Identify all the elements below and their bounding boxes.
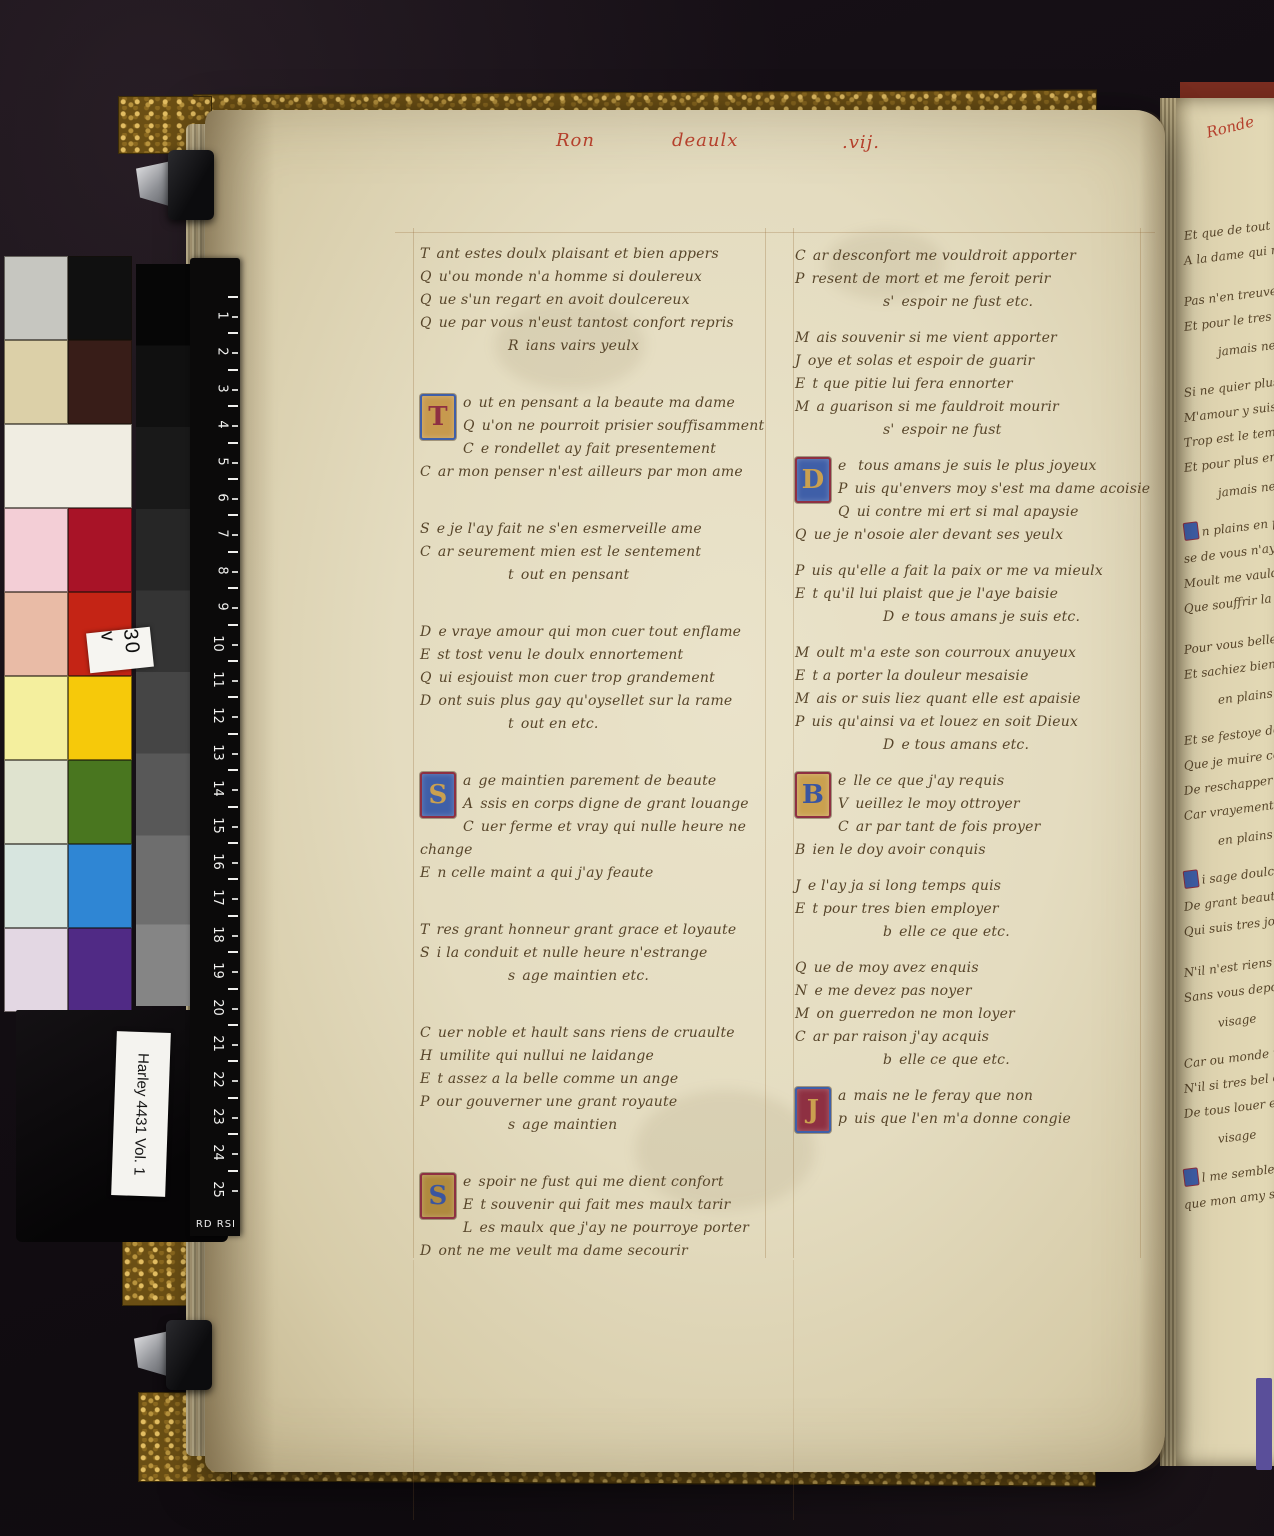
- ruling-line: [395, 232, 1155, 233]
- binder-clip-top: [136, 146, 214, 224]
- verse-line: Joye et solas et espoir de guarir: [795, 350, 1157, 373]
- ruler-number: 8: [214, 566, 229, 574]
- calibration-patch: [4, 340, 68, 424]
- rondeau-stanza: Tout en pensant a la beaute ma dameQu'on…: [420, 392, 772, 484]
- illuminated-initial-small: [1183, 1167, 1200, 1187]
- verse-line: Puis qu'envers moy s'est ma dame acoisie: [795, 478, 1157, 501]
- ruler-tick: [228, 551, 238, 553]
- verse-line: Humilite qui nullui ne laidange: [420, 1045, 772, 1068]
- ruler-number: 20: [210, 999, 225, 1016]
- verse-line: Car desconfort me vouldroit apporter: [795, 245, 1157, 268]
- ruler-tick-minor: [232, 1044, 238, 1046]
- verse-line: amais ne le feray que non: [795, 1085, 1157, 1108]
- ruler-tick: [228, 624, 238, 626]
- ruler-number: 9: [214, 603, 229, 611]
- calibration-patch: [4, 508, 68, 592]
- ruler-tick: [228, 405, 238, 407]
- ruler-tick: [228, 442, 238, 444]
- ruler-tick-minor: [232, 425, 238, 427]
- illuminated-initial-small: [1183, 869, 1200, 889]
- ruler-number: 17: [210, 890, 225, 907]
- ruler-number: 4: [214, 421, 229, 429]
- ruler-tick: [228, 1060, 238, 1062]
- refrain-line: tout en etc.: [508, 713, 772, 736]
- ruler-tick: [228, 806, 238, 808]
- ruler-tick: [228, 369, 238, 371]
- verse-line: age maintien parement de beaute: [420, 770, 772, 793]
- verse-line: Mais souvenir si me vient apporter: [795, 327, 1157, 350]
- ruler-tick: [228, 587, 238, 589]
- verse-line: out en pensant a la beaute ma dame: [420, 392, 772, 415]
- ruler-number: 24: [210, 1144, 225, 1161]
- rondeau-stanza: Car desconfort me vouldroit apporterPres…: [795, 245, 1157, 314]
- ruler-number: 25: [210, 1181, 225, 1198]
- ruler-tick: [228, 1097, 238, 1099]
- verse-line: Puis qu'elle a fait la paix or me va mie…: [795, 560, 1157, 583]
- verse-line: Et assez a la belle comme un ange: [420, 1068, 772, 1091]
- facing-fragment-line: visage: [1216, 1002, 1274, 1036]
- ruler-tick: [228, 878, 238, 880]
- verse-line: Qu'ou monde n'a homme si doulereux: [420, 266, 772, 289]
- rondeau-stanza: Sespoir ne fust qui me dient confortEt s…: [420, 1171, 772, 1263]
- running-header-number: .vij.: [842, 132, 880, 153]
- verse-line: Car par tant de fois proyer: [795, 816, 1157, 839]
- ruler-tick-minor: [232, 1153, 238, 1155]
- rondeau-stanza: Tant estes doulx plaisant et bien appers…: [420, 243, 772, 358]
- calibration-patch: [4, 844, 68, 928]
- facing-fragment-line: jamais ne: [1216, 472, 1274, 506]
- verse-line: Que de moy avez enquis: [795, 957, 1157, 980]
- verso-right-text-column: Car desconfort me vouldroit apporterPres…: [795, 245, 1157, 1148]
- running-header-left: Ron: [556, 130, 595, 151]
- refrain-line: sage maintien: [508, 1114, 772, 1137]
- folio-number-sticker: 30 v: [86, 627, 154, 673]
- illuminated-initial: D: [795, 457, 831, 503]
- illuminated-initial: T: [420, 394, 456, 440]
- rondeau-stanza: Je l'ay ja si long temps quisEt pour tre…: [795, 875, 1157, 944]
- refrain-line: belle ce que etc.: [883, 1049, 1157, 1072]
- ruler-tick-minor: [232, 1117, 238, 1119]
- illuminated-initial: B: [795, 772, 831, 818]
- rondeau-stanza: Moult m'a este son courroux anuyeuxEt a …: [795, 642, 1157, 757]
- verse-line: Et pour tres bien employer: [795, 898, 1157, 921]
- rondeau-stanza: Cuer noble et hault sans riens de cruaul…: [420, 1022, 772, 1137]
- rondeau-stanza: Sage maintien parement de beauteAssis en…: [420, 770, 772, 885]
- ruler-tick-minor: [232, 352, 238, 354]
- verse-line: Mais or suis liez quant elle est apaisie: [795, 688, 1157, 711]
- verse-line: Qui contre mi ert si mal apaysie: [795, 501, 1157, 524]
- calibration-patch: [4, 424, 132, 508]
- verse-line: Puis qu'ainsi va et louez en soit Dieux: [795, 711, 1157, 734]
- refrain-line: tout en pensant: [508, 564, 772, 587]
- ruler-tick-minor: [232, 680, 238, 682]
- verse-line: Cuer noble et hault sans riens de cruaul…: [420, 1022, 772, 1045]
- verse-line: Est tost venu le doulx ennortement: [420, 644, 772, 667]
- ruler-tick-minor: [232, 1008, 238, 1010]
- rondeau-stanza: De tous amans je suis le plus joyeuxPuis…: [795, 455, 1157, 547]
- ruling-line: [793, 228, 794, 1258]
- refrain-line: s'espoir ne fust etc.: [883, 291, 1157, 314]
- clip-body: [168, 150, 214, 220]
- ruler-tick: [228, 988, 238, 990]
- calibration-patch: [68, 256, 132, 340]
- verse-line: Tres grant honneur grant grace et loyaut…: [420, 919, 772, 942]
- calibration-patch: [4, 760, 68, 844]
- ruler-tick-minor: [232, 316, 238, 318]
- ruler-number: 11: [210, 671, 225, 688]
- calibration-patch: [4, 256, 68, 340]
- ruler-tick: [228, 1133, 238, 1135]
- verse-line: Et souvenir qui fait mes maulx tarir: [420, 1194, 772, 1217]
- verse-line: Ma guarison si me fauldroit mourir: [795, 396, 1157, 419]
- clip-body: [166, 1320, 212, 1390]
- verse-line: e tous amans je suis le plus joyeux: [795, 455, 1157, 478]
- verse-line: Present de mort et me feroit perir: [795, 268, 1157, 291]
- verse-line: elle ce que j'ay requis: [795, 770, 1157, 793]
- ruler-tick: [228, 696, 238, 698]
- ruler-tick: [228, 296, 238, 298]
- rondeau-stanza: Belle ce que j'ay requisVueillez le moy …: [795, 770, 1157, 862]
- verse-line: Les maulx que j'ay ne pourroye porter: [420, 1217, 772, 1240]
- shelfmark-label: Harley 4431 Vol. 1: [111, 1031, 171, 1197]
- manuscript-photo: Ronde Et que de tout m'a cA la dame qui …: [0, 0, 1274, 1536]
- ruler-number: 21: [210, 1035, 225, 1052]
- ruler-tick-minor: [232, 935, 238, 937]
- ruler-tick-minor: [232, 789, 238, 791]
- ruling-line: [413, 228, 414, 1258]
- ruler-tick: [228, 842, 238, 844]
- ruler-number: 1: [214, 311, 229, 319]
- binder-clip-bottom: [134, 1316, 212, 1394]
- verse-line: Que s'un regart en avoit doulcereux: [420, 289, 772, 312]
- calibration-patch: [4, 676, 68, 760]
- ruler-tick-minor: [232, 862, 238, 864]
- verse-line: Et qu'il lui plaist que je l'aye baisie: [795, 583, 1157, 606]
- verso-left-text-column: Tant estes doulx plaisant et bien appers…: [420, 243, 772, 1297]
- ruler-number: 7: [214, 530, 229, 538]
- rondeau-stanza: Mais souvenir si me vient apporterJoye e…: [795, 327, 1157, 442]
- centimeter-ruler: RD RSI 123456789101112131415161718192021…: [190, 258, 240, 1236]
- ruler-tick-minor: [232, 971, 238, 973]
- verse-line: Se je l'ay fait ne s'en esmerveille ame: [420, 518, 772, 541]
- ruler-tick-minor: [232, 389, 238, 391]
- calibration-patch: [68, 676, 132, 760]
- ruler-number: 3: [214, 384, 229, 392]
- ruling-line: [793, 1260, 794, 1520]
- verse-line: Ce rondellet ay fait presentement: [420, 438, 772, 461]
- ruler-tick-minor: [232, 607, 238, 609]
- verse-line: Cuer ferme et vray qui nulle heure ne ch…: [420, 816, 772, 862]
- verse-line: Et a porter la douleur mesaisie: [795, 665, 1157, 688]
- calibration-patch: [68, 760, 132, 844]
- facing-fragment-line: en plains: [1216, 820, 1274, 854]
- ruler-number: 19: [210, 962, 225, 979]
- purple-edge-tag: [1256, 1378, 1272, 1470]
- verse-line: Mon guerredon ne mon loyer: [795, 1003, 1157, 1026]
- ruler-number: 18: [210, 926, 225, 943]
- verse-line: Moult m'a este son courroux anuyeux: [795, 642, 1157, 665]
- verse-line: Que je n'osoie aler devant ses yeulx: [795, 524, 1157, 547]
- ruler-number: 16: [210, 853, 225, 870]
- verse-line: puis que l'en m'a donne congie: [795, 1108, 1157, 1131]
- ruler-tick: [228, 514, 238, 516]
- refrain-line: belle ce que etc.: [883, 921, 1157, 944]
- verse-line: Car seurement mien est le sentement: [420, 541, 772, 564]
- calibration-patch: [4, 928, 68, 1012]
- verse-line: Que par vous n'eust tantost confort repr…: [420, 312, 772, 335]
- rondeau-stanza: Puis qu'elle a fait la paix or me va mie…: [795, 560, 1157, 629]
- verse-line: Vueillez le moy ottroyer: [795, 793, 1157, 816]
- ruler-tick-minor: [232, 898, 238, 900]
- verse-line: Qui esjouist mon cuer trop grandement: [420, 667, 772, 690]
- verse-line: De vraye amour qui mon cuer tout enflame: [420, 621, 772, 644]
- verse-line: Tant estes doulx plaisant et bien appers: [420, 243, 772, 266]
- verse-line: Assis en corps digne de grant louange: [420, 793, 772, 816]
- verse-line: Car par raison j'ay acquis: [795, 1026, 1157, 1049]
- ruler-tick: [228, 915, 238, 917]
- ruler-number: 14: [210, 780, 225, 797]
- calibration-patch: [68, 340, 132, 424]
- ruler-tick-minor: [232, 534, 238, 536]
- verse-line: Pour gouverner une grant royaute: [420, 1091, 772, 1114]
- ruler-number: 2: [214, 348, 229, 356]
- calibration-patch: [68, 844, 132, 928]
- ruler-number: 15: [210, 817, 225, 834]
- ruler-tick-minor: [232, 462, 238, 464]
- rondeau-stanza: Se je l'ay fait ne s'en esmerveille ameC…: [420, 518, 772, 587]
- ruler-number: 10: [210, 635, 225, 652]
- ruler-tick-minor: [232, 1190, 238, 1192]
- verse-line: Ne me devez pas noyer: [795, 980, 1157, 1003]
- rondeau-stanza: De vraye amour qui mon cuer tout enflame…: [420, 621, 772, 736]
- calibration-patch: [68, 508, 132, 592]
- illuminated-initial: S: [420, 772, 456, 818]
- ruler-tick-minor: [232, 1080, 238, 1082]
- ruler-number: 6: [214, 493, 229, 501]
- ruler-number: 5: [214, 457, 229, 465]
- ruler-number: 23: [210, 1108, 225, 1125]
- ruler-tick: [228, 660, 238, 662]
- verse-line: espoir ne fust qui me dient confort: [420, 1171, 772, 1194]
- illuminated-initial-small: [1183, 521, 1200, 541]
- verse-line: Dont ne me veult ma dame secourir: [420, 1240, 772, 1263]
- rondeau-stanza: Que de moy avez enquisNe me devez pas no…: [795, 957, 1157, 1072]
- ruler-number: 12: [210, 708, 225, 725]
- ruler-tick-minor: [232, 716, 238, 718]
- refrain-line: De tous amans etc.: [883, 734, 1157, 757]
- verse-line: Dont suis plus gay qu'oysellet sur la ra…: [420, 690, 772, 713]
- ruler-tick-minor: [232, 498, 238, 500]
- ruler-tick: [228, 769, 238, 771]
- verse-line: Bien le doy avoir conquis: [795, 839, 1157, 862]
- facing-fragment-line: visage: [1216, 1118, 1274, 1152]
- rondeau-stanza: Jamais ne le feray que nonpuis que l'en …: [795, 1085, 1157, 1135]
- calibration-patch: [4, 592, 68, 676]
- facing-text-fragments: Et que de tout m'a cA la dame qui me fiP…: [1184, 208, 1274, 1218]
- rondeau-stanza: Tres grant honneur grant grace et loyaut…: [420, 919, 772, 988]
- ruler-number: 13: [210, 744, 225, 761]
- verse-line: En celle maint a qui j'ay feaute: [420, 862, 772, 885]
- ruler-footer-label: RD RSI: [196, 1219, 236, 1230]
- ruler-tick-minor: [232, 571, 238, 573]
- verse-line: Si la conduit et nulle heure n'estrange: [420, 942, 772, 965]
- refrain-line: s'espoir ne fust: [883, 419, 1157, 442]
- ruler-tick: [228, 951, 238, 953]
- verse-line: Qu'on ne pourroit prisier souffisamment: [420, 415, 772, 438]
- refrain-line: sage maintien etc.: [508, 965, 772, 988]
- verse-line: Et que pitie lui fera ennorter: [795, 373, 1157, 396]
- ruler-tick: [228, 1170, 238, 1172]
- running-header-center: deaulx: [672, 130, 738, 151]
- illuminated-initial: J: [795, 1087, 831, 1133]
- facing-fragment-line: jamais ne: [1216, 331, 1274, 365]
- facing-fragment-line: en plains: [1216, 679, 1274, 713]
- illuminated-initial: S: [420, 1173, 456, 1219]
- refrain-line: Rians vairs yeulx: [508, 335, 772, 358]
- ruler-number: 22: [210, 1072, 225, 1089]
- ruler-tick: [228, 332, 238, 334]
- ruling-line: [413, 1260, 414, 1520]
- ruler-tick-minor: [232, 753, 238, 755]
- ruler-tick: [228, 478, 238, 480]
- ruler-tick-minor: [232, 644, 238, 646]
- ruler-tick-minor: [232, 826, 238, 828]
- ruler-tick: [228, 733, 238, 735]
- refrain-line: De tous amans je suis etc.: [883, 606, 1157, 629]
- verse-line: Je l'ay ja si long temps quis: [795, 875, 1157, 898]
- ruler-tick: [228, 1024, 238, 1026]
- verse-line: Car mon penser n'est ailleurs par mon am…: [420, 461, 772, 484]
